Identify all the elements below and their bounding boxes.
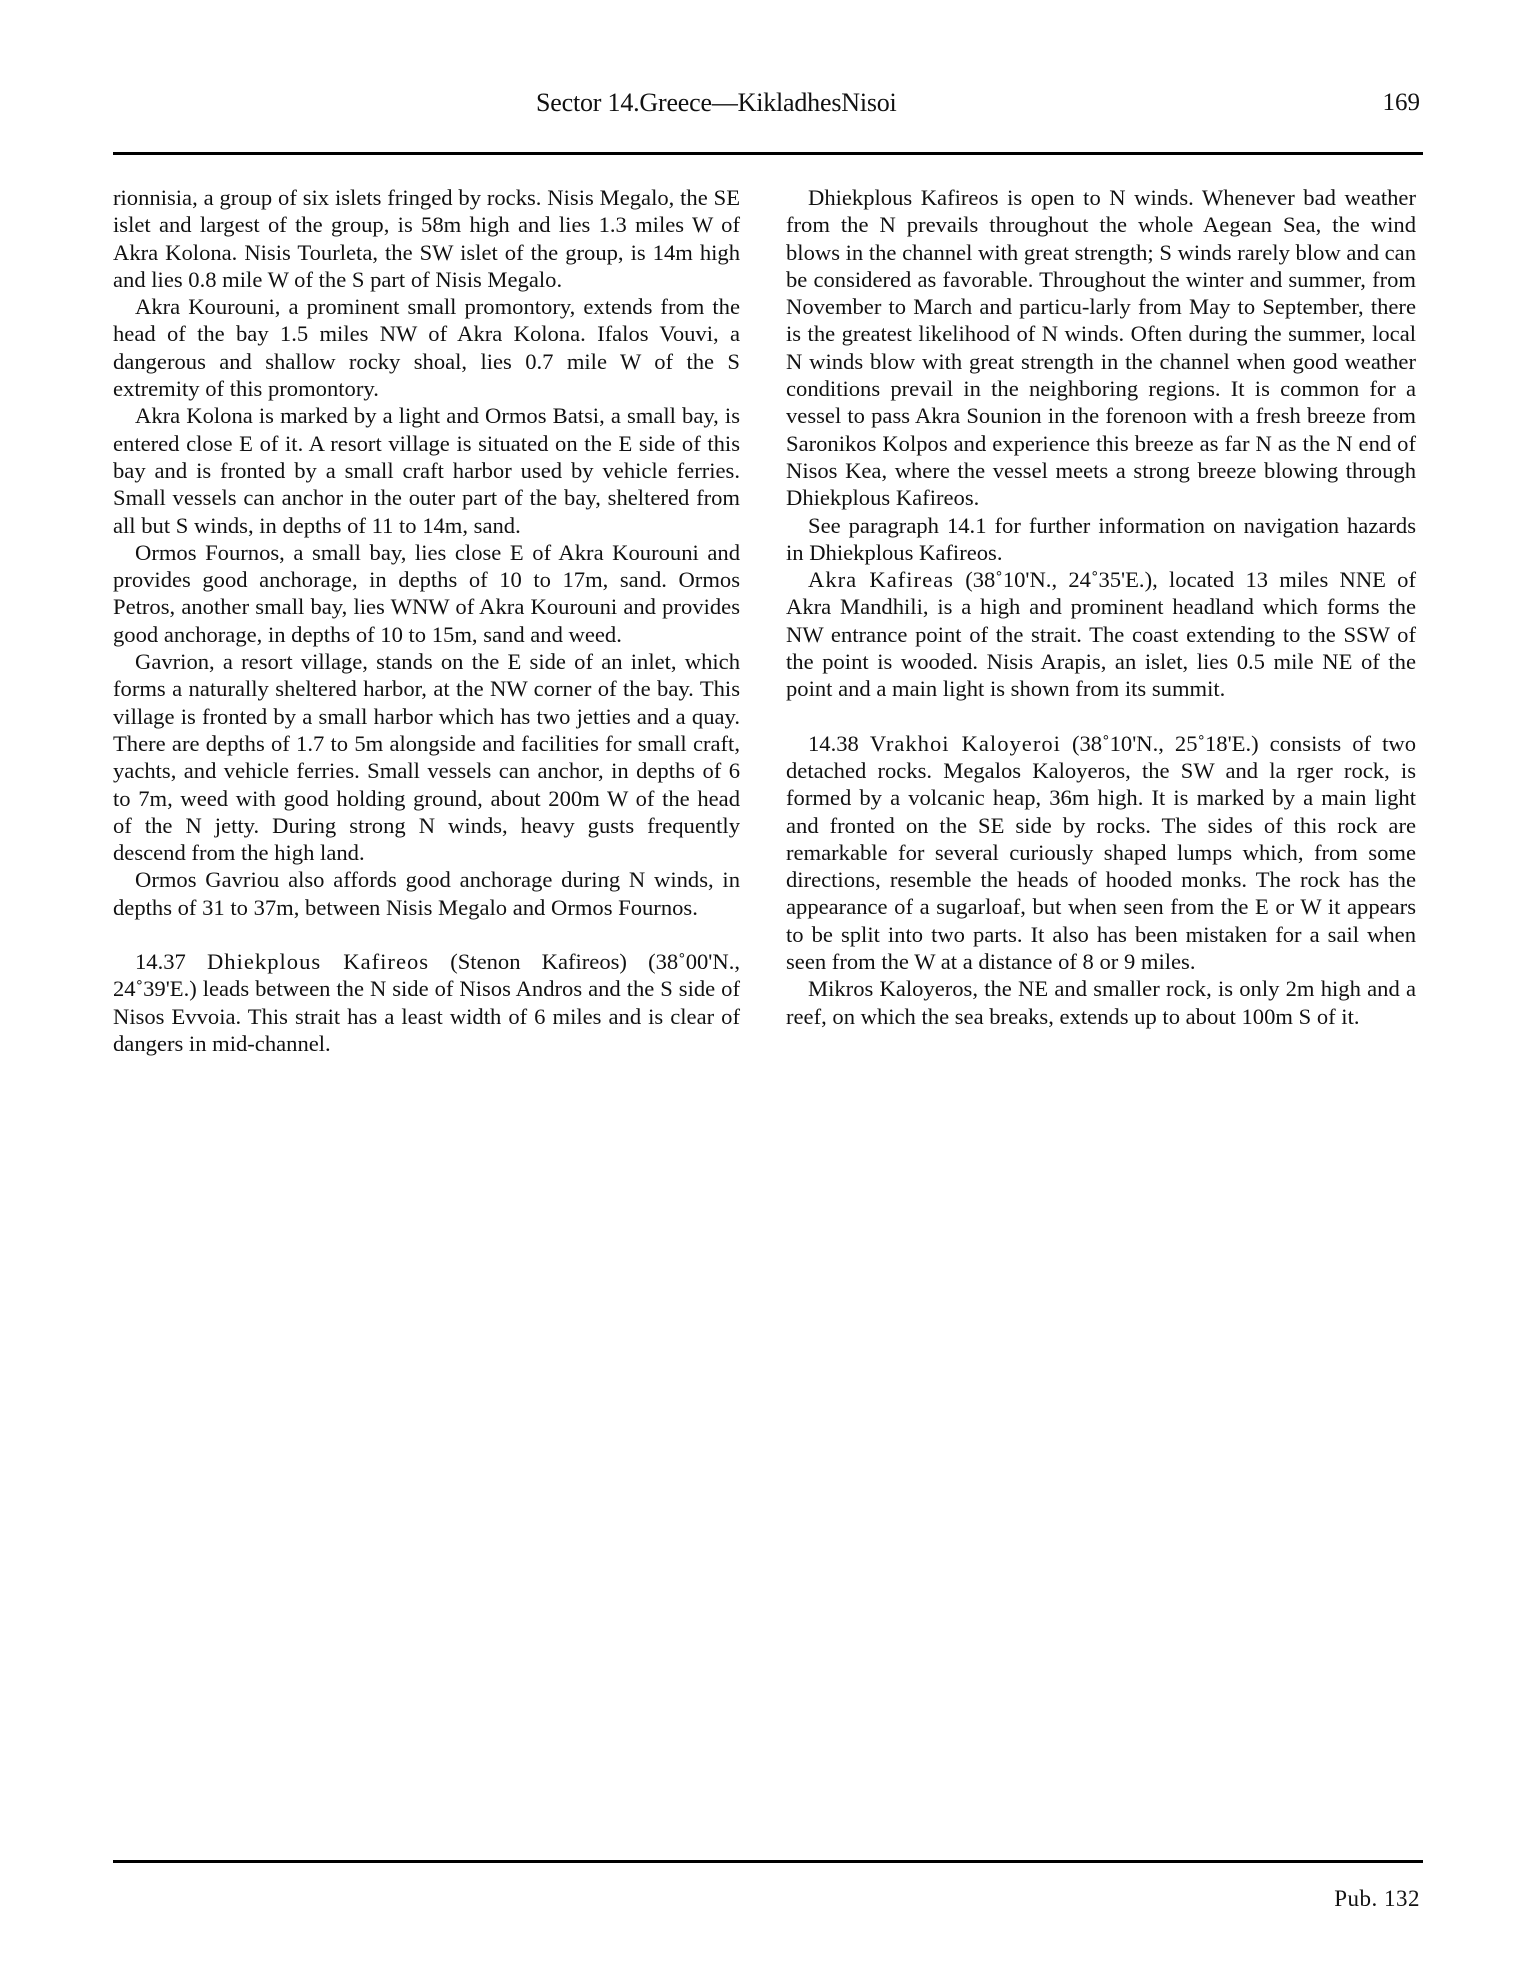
section-heading: Vrakhoi Kaloyeroi (870, 731, 1061, 756)
publication-label: Pub. 132 (1334, 1885, 1420, 1913)
footer-rule-divider (113, 1860, 1423, 1863)
section-heading: Dhiekplous Kafireos (207, 949, 429, 974)
paragraph: rionnisia, a group of six islets fringed… (113, 184, 740, 293)
paragraph: Ormos Fournos, a small bay, lies close E… (113, 539, 740, 648)
paragraph: Ormos Gavriou also affords good anchorag… (113, 866, 740, 921)
right-column: Dhiekplous Kafireos is open to N winds. … (786, 184, 1416, 1030)
header-rule-divider (113, 152, 1423, 155)
section-14-37: 14.37 Dhiekplous Kafireos (Stenon Kafire… (113, 948, 740, 1057)
running-head-title: Sector 14.Greece—KikladhesNisoi (536, 88, 897, 118)
section-number: 14.37 (135, 949, 186, 974)
section-number: 14.38 (808, 731, 859, 756)
left-column: rionnisia, a group of six islets fringed… (113, 184, 740, 1057)
paragraph: Gavrion, a resort village, stands on the… (113, 648, 740, 866)
paragraph: Akra Kolona is marked by a light and Orm… (113, 402, 740, 538)
paragraph: Akra Kourouni, a prominent small promont… (113, 293, 740, 402)
section-14-38: 14.38 Vrakhoi Kaloyeroi (38˚10'N., 25˚18… (786, 730, 1416, 976)
subheading: Akra Kafireas (808, 567, 954, 592)
page-number: 169 (1383, 88, 1421, 118)
section-text: (38˚10'N., 25˚18'E.) consists of two det… (786, 731, 1416, 974)
paragraph: Dhiekplous Kafireos is open to N winds. … (786, 184, 1416, 512)
paragraph: Mikros Kaloyeros, the NE and smaller roc… (786, 975, 1416, 1030)
paragraph: See paragraph 14.1 for further informati… (786, 512, 1416, 567)
paragraph: Akra Kafireas (38˚10'N., 24˚35'E.), loca… (786, 566, 1416, 702)
